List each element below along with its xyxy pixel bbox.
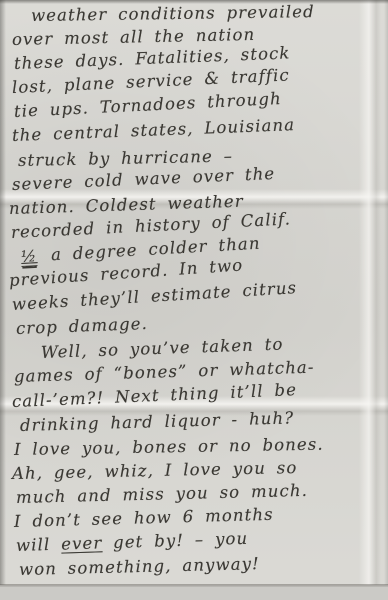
paper-left-edge-shadow [0, 0, 6, 585]
letter-text-segment: drinking hard liquor - huh? [20, 408, 295, 435]
letter-lines: weather conditions prevailedover most al… [7, 4, 388, 582]
letter-text-segment: ½ [21, 248, 38, 267]
letter-text-segment: will [16, 535, 62, 555]
letter-paper: weather conditions prevailedover most al… [0, 0, 388, 585]
letter-text-segment: ever [61, 533, 103, 553]
paper-bottom-edge [0, 584, 388, 587]
letter-text-segment: I love you, bones or no bones. [14, 434, 324, 458]
letter-text-segment: crop damage. [16, 314, 149, 338]
paper-top-edge-shadow [0, 0, 388, 4]
letter-text-segment: get by! – you [102, 529, 249, 553]
paper-right-edge-shadow [384, 0, 388, 585]
letter-text-segment: won something, anyway! [19, 554, 260, 579]
letter-text-segment: Ah, gee, whiz, I love you so [12, 458, 298, 483]
